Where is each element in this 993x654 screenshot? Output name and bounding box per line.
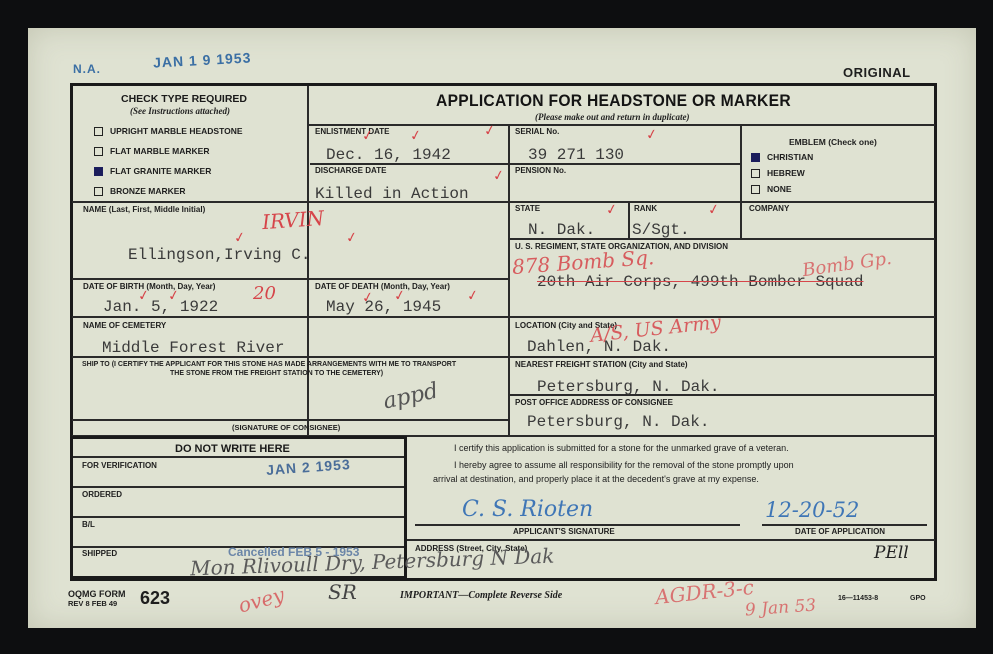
checkbox[interactable] [751,169,760,178]
date-of-death-value[interactable]: May 26, 1945 [326,298,441,316]
option-flat-granite-marker[interactable]: FLAT GRANITE MARKER [94,166,211,176]
applicant-signature-label: APPLICANT'S SIGNATURE [513,527,615,536]
na-stamp: N.A. [73,62,101,76]
form-title: APPLICATION FOR HEADSTONE OR MARKER [436,91,791,111]
ordered-label: ORDERED [82,490,122,499]
checkbox-checked[interactable] [94,167,103,176]
freight-station-value[interactable]: Petersburg, N. Dak. [537,378,719,396]
copy-label: ORIGINAL [843,65,911,80]
name-value[interactable]: Ellingson,Irving C. [128,246,310,264]
state-label: STATE [515,204,540,213]
option-flat-marble-marker[interactable]: FLAT MARBLE MARKER [94,146,209,156]
enlistment-date-value[interactable]: Dec. 16, 1942 [326,146,451,164]
certification-line3: arrival at destination, and properly pla… [433,474,759,484]
discharge-date-label: DISCHARGE DATE [315,166,386,175]
cemetery-label: NAME OF CEMETERY [83,321,166,330]
check-mark-icon: ✓ [409,127,423,145]
black-initials: SR [328,580,357,604]
date-of-birth-value[interactable]: Jan. 5, 1922 [103,298,218,316]
check-mark-icon: ✓ [361,289,375,307]
form-subtitle: (Please make out and return in duplicate… [535,112,690,122]
check-mark-icon: ✓ [345,229,359,247]
date-of-birth-annotation: 20 [253,283,276,304]
check-mark-icon: ✓ [605,201,619,219]
name-annotation: IRVIN [261,206,325,234]
emblem-option-none[interactable]: NONE [751,184,792,194]
application-date[interactable]: 12-20-52 [765,498,859,522]
ship-to-label: SHIP TO (I CERTIFY THE APPLICANT FOR THI… [82,361,456,368]
check-mark-icon: ✓ [393,287,407,305]
checkbox[interactable] [94,147,103,156]
company-label: COMPANY [749,204,789,213]
check-type-subheading: (See Instructions attached) [130,106,230,116]
location-value[interactable]: Dahlen, N. Dak. [527,338,671,356]
checkbox[interactable] [94,187,103,196]
check-mark-icon: ✓ [492,167,506,185]
gpo-mark: GPO [910,595,926,602]
bl-label: B/L [82,520,95,529]
emblem-option-christian[interactable]: CHRISTIAN [751,152,813,162]
applicant-signature[interactable]: C. S. Rioten [462,497,593,522]
shipped-label: SHIPPED [82,549,117,558]
important-note: IMPORTANT—Complete Reverse Side [400,590,562,601]
checkbox-checked[interactable] [751,153,760,162]
regiment-value[interactable]: 20th Air Corps, 499th Bomber Squad [537,273,863,291]
rank-value[interactable]: S/Sgt. [632,221,690,239]
consignee-signature-label: (SIGNATURE OF CONSIGNEE) [232,423,340,432]
form-number: 623 [140,588,170,609]
serial-no-label: SERIAL No. [515,127,559,136]
option-bronze-marker[interactable]: BRONZE MARKER [94,186,186,196]
checkbox[interactable] [751,185,760,194]
freight-station-label: NEAREST FREIGHT STATION (City and State) [515,360,688,369]
office-use-heading: DO NOT WRITE HERE [175,443,290,455]
print-code: 16—11453-8 [838,595,878,602]
state-value[interactable]: N. Dak. [528,221,595,239]
rank-label: RANK [634,204,657,213]
serial-no-value[interactable]: 39 271 130 [528,146,624,164]
reviewer-initials: PEll [874,543,909,563]
check-mark-icon: ✓ [167,287,181,305]
for-verification-label: FOR VERIFICATION [82,461,157,470]
post-office-value[interactable]: Petersburg, N. Dak. [527,413,709,431]
form-line1: OQMG FORM [68,589,126,599]
certification-line1: I certify this application is submitted … [454,443,789,453]
check-mark-icon: ✓ [645,126,659,144]
check-mark-icon: ✓ [361,127,375,145]
date-of-birth-label: DATE OF BIRTH (Month, Day, Year) [83,282,215,291]
post-office-label: POST OFFICE ADDRESS OF CONSIGNEE [515,398,673,407]
pension-no-label: PENSION No. [515,166,566,175]
date-of-death-label: DATE OF DEATH (Month, Day, Year) [315,282,450,291]
check-mark-icon: ✓ [466,287,480,305]
check-mark-icon: ✓ [483,122,497,140]
enlistment-date-label: ENLISTMENT DATE [315,127,390,136]
checkbox[interactable] [94,127,103,136]
ship-to-label-line2: THE STONE FROM THE FREIGHT STATION TO TH… [170,370,383,377]
cemetery-value[interactable]: Middle Forest River [102,339,284,357]
option-upright-marble-headstone[interactable]: UPRIGHT MARBLE HEADSTONE [94,126,243,136]
check-mark-icon: ✓ [233,229,247,247]
form-id: OQMG FORM REV 8 FEB 49 [68,589,126,609]
emblem-heading: EMBLEM (Check one) [789,137,877,147]
discharge-date-value[interactable]: Killed in Action [315,185,469,203]
application-date-label: DATE OF APPLICATION [795,527,885,536]
form-line2: REV 8 FEB 49 [68,599,126,609]
check-mark-icon: ✓ [707,201,721,219]
emblem-option-hebrew[interactable]: HEBREW [751,168,805,178]
certification-line2: I hereby agree to assume all responsibil… [454,460,794,470]
name-label: NAME (Last, First, Middle Initial) [83,205,205,214]
check-mark-icon: ✓ [137,287,151,305]
check-type-heading: CHECK TYPE REQUIRED [121,93,247,105]
